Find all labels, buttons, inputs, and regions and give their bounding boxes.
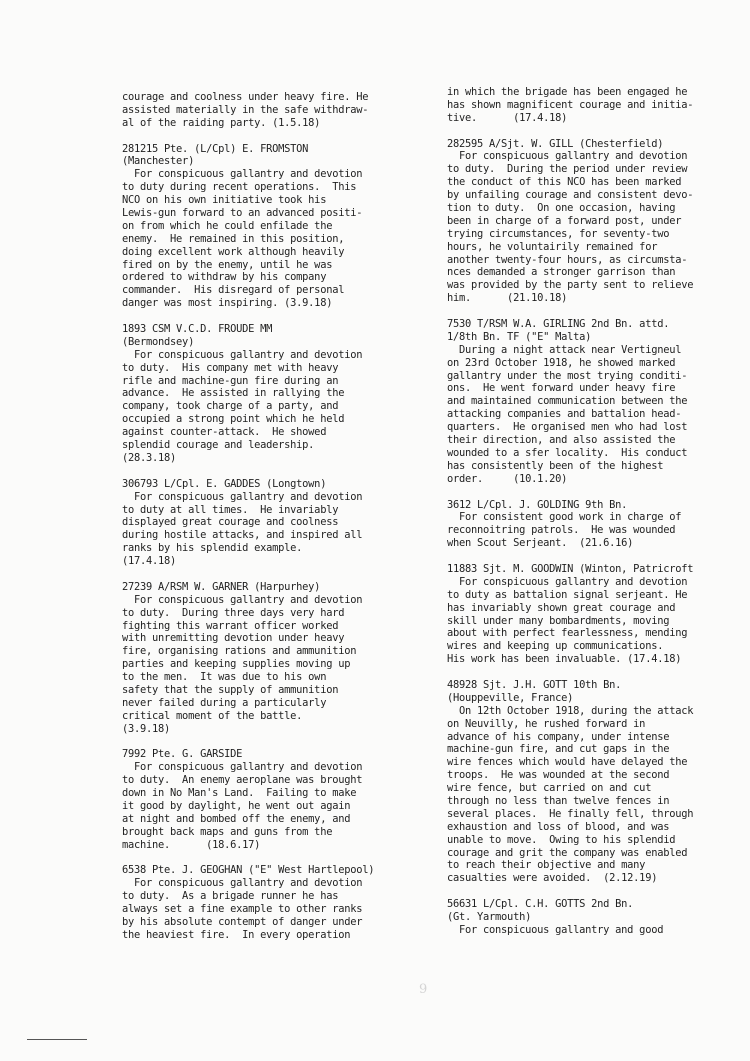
citation-text-line: down in No Man's Land. Failing to make: [122, 787, 422, 800]
citation-text-line: ranks by his splendid example.: [122, 542, 422, 555]
citation-heading: 6538 Pte. J. GEOGHAN ("E" West Hartlepoo…: [122, 864, 422, 877]
citation-text-line: For conspicuous gallantry and devotion: [122, 877, 422, 890]
citation-text-line: company, took charge of a party, and: [122, 400, 422, 413]
citation-text-line: to duty. As a brigade runner he has: [122, 890, 422, 903]
citation-text-line: at night and bombed off the enemy, and: [122, 813, 422, 826]
citation-heading: 282595 A/Sjt. W. GILL (Chesterfield): [447, 138, 747, 151]
citation-heading: 7992 Pte. G. GARSIDE: [122, 748, 422, 761]
citation-text-line: NCO on his own initiative took his: [122, 194, 422, 207]
citation-text-line: For conspicuous gallantry and good: [447, 924, 747, 937]
citation-text-line: critical moment of the battle.: [122, 710, 422, 723]
citation-text-line: to duty. During the period under review: [447, 163, 747, 176]
citation-entry: 7530 T/RSM W.A. GIRLING 2nd Bn. attd.1/8…: [447, 318, 747, 486]
citation-text-line: For conspicuous gallantry and devotion: [122, 761, 422, 774]
citation-text-line: Lewis-gun forward to an advanced positi-: [122, 207, 422, 220]
citation-text-line: advance of his company, under intense: [447, 731, 747, 744]
citation-text-line: was provided by the party sent to reliev…: [447, 279, 747, 292]
citation-text-line: doing excellent work although heavily: [122, 246, 422, 259]
citation-heading: 3612 L/Cpl. J. GOLDING 9th Bn.: [447, 499, 747, 512]
citation-text-line: machine. (18.6.17): [122, 839, 422, 852]
citation-text-line: commander. His disregard of personal: [122, 284, 422, 297]
citation-text-line: in which the brigade has been engaged he: [447, 86, 747, 99]
citation-text-line: on from which he could enfilade the: [122, 220, 422, 233]
citation-heading: 1/8th Bn. TF ("E" Malta): [447, 331, 747, 344]
citation-text-line: fired on by the enemy, until he was: [122, 259, 422, 272]
citation-heading: 306793 L/Cpl. E. GADDES (Longtown): [122, 478, 422, 491]
citation-text-line: to duty. During three days very hard: [122, 607, 422, 620]
citation-entry: 3612 L/Cpl. J. GOLDING 9th Bn. For consi…: [447, 499, 747, 551]
citation-heading: 56631 L/Cpl. C.H. GOTTS 2nd Bn.: [447, 898, 747, 911]
citation-text-line: quarters. He organised men who had lost: [447, 421, 747, 434]
right-column: in which the brigade has been engaged he…: [447, 86, 747, 950]
citation-heading: (Bermondsey): [122, 336, 422, 349]
citation-text-line: by unfailing courage and consistent devo…: [447, 189, 747, 202]
citation-heading: 48928 Sjt. J.H. GOTT 10th Bn.: [447, 679, 747, 692]
citation-text-line: the conduct of this NCO has been marked: [447, 176, 747, 189]
citation-text-line: against counter-attack. He showed: [122, 426, 422, 439]
citation-heading: 11883 Sjt. M. GOODWIN (Winton, Patricrof…: [447, 563, 747, 576]
citation-heading: (Gt. Yarmouth): [447, 911, 747, 924]
citation-text-line: to duty at all times. He invariably: [122, 504, 422, 517]
citation-text-line: skill under many bombardments, moving: [447, 615, 747, 628]
citation-text-line: (3.9.18): [122, 723, 422, 736]
citation-text-line: safety that the supply of ammunition: [122, 684, 422, 697]
citation-text-line: gallantry under the most trying conditi-: [447, 370, 747, 383]
citation-text-line: splendid courage and leadership.: [122, 439, 422, 452]
citation-entry: 11883 Sjt. M. GOODWIN (Winton, Patricrof…: [447, 563, 747, 666]
citation-text-line: to duty as battalion signal serjeant. He: [447, 589, 747, 602]
citation-text-line: attacking companies and battalion head-: [447, 408, 747, 421]
citation-text-line: to duty during recent operations. This: [122, 181, 422, 194]
citation-text-line: tive. (17.4.18): [447, 112, 747, 125]
citation-text-line: through no less than twelve fences in: [447, 795, 747, 808]
citation-text-line: always set a fine example to other ranks: [122, 903, 422, 916]
citation-text-line: assisted materially in the safe withdraw…: [122, 104, 422, 117]
citation-text-line: it good by daylight, he went out again: [122, 800, 422, 813]
citation-text-line: For conspicuous gallantry and devotion: [447, 150, 747, 163]
citation-entry: 1893 CSM V.C.D. FROUDE MM(Bermondsey) Fo…: [122, 323, 422, 465]
citation-heading: 1893 CSM V.C.D. FROUDE MM: [122, 323, 422, 336]
citation-text-line: the heaviest fire. In every operation: [122, 929, 422, 942]
citation-text-line: For conspicuous gallantry and devotion: [122, 168, 422, 181]
citation-text-line: to reach their objective and many: [447, 859, 747, 872]
citation-text-line: enemy. He remained in this position,: [122, 233, 422, 246]
citation-text-line: him. (21.10.18): [447, 292, 747, 305]
citation-text-line: For conspicuous gallantry and devotion: [122, 491, 422, 504]
citation-text-line: displayed great courage and coolness: [122, 516, 422, 529]
citation-text-line: to duty. An enemy aeroplane was brought: [122, 774, 422, 787]
citation-text-line: For conspicuous gallantry and devotion: [447, 576, 747, 589]
citation-entry: 306793 L/Cpl. E. GADDES (Longtown) For c…: [122, 478, 422, 568]
citation-text-line: when Scout Serjeant. (21.6.16): [447, 537, 747, 550]
citation-text-line: to duty. His company met with heavy: [122, 362, 422, 375]
citation-text-line: wire fence, but carried on and cut: [447, 782, 747, 795]
citation-text-line: brought back maps and guns from the: [122, 826, 422, 839]
citation-text-line: has consistently been of the highest: [447, 460, 747, 473]
citation-text-line: On 12th October 1918, during the attack: [447, 705, 747, 718]
citation-heading: (Manchester): [122, 155, 422, 168]
citation-heading: 7530 T/RSM W.A. GIRLING 2nd Bn. attd.: [447, 318, 747, 331]
citation-text-line: parties and keeping supplies moving up: [122, 658, 422, 671]
citation-text-line: troops. He was wounded at the second: [447, 769, 747, 782]
citation-entry: courage and coolness under heavy fire. H…: [122, 91, 422, 130]
citation-entry: 281215 Pte. (L/Cpl) E. FROMSTON(Manchest…: [122, 143, 422, 311]
citation-text-line: never failed during a particularly: [122, 697, 422, 710]
citation-text-line: (28.3.18): [122, 452, 422, 465]
citation-text-line: on 23rd October 1918, he showed marked: [447, 357, 747, 370]
citation-text-line: For conspicuous gallantry and devotion: [122, 349, 422, 362]
citation-text-line: their direction, and also assisted the: [447, 434, 747, 447]
citation-text-line: For conspicuous gallantry and devotion: [122, 594, 422, 607]
citation-text-line: wounded to a sfer locality. His conduct: [447, 447, 747, 460]
citation-text-line: courage and coolness under heavy fire. H…: [122, 91, 422, 104]
citation-text-line: (17.4.18): [122, 555, 422, 568]
citation-text-line: courage and grit the company was enabled: [447, 847, 747, 860]
citation-text-line: order. (10.1.20): [447, 473, 747, 486]
citation-text-line: occupied a strong point which he held: [122, 413, 422, 426]
citation-text-line: ordered to withdraw by his company: [122, 271, 422, 284]
citation-text-line: machine-gun fire, and cut gaps in the: [447, 743, 747, 756]
citation-text-line: to the men. It was due to his own: [122, 671, 422, 684]
citation-text-line: rifle and machine-gun fire during an: [122, 375, 422, 388]
citation-text-line: casualties were avoided. (2.12.19): [447, 872, 747, 885]
footnote-rule: [27, 1039, 87, 1040]
citation-text-line: by his absolute contempt of danger under: [122, 916, 422, 929]
citation-text-line: about with perfect fearlessness, mending: [447, 627, 747, 640]
citation-text-line: has invariably shown great courage and: [447, 602, 747, 615]
citation-text-line: tion to duty. On one occasion, having: [447, 202, 747, 215]
citation-text-line: hours, he voluntairily remained for: [447, 241, 747, 254]
citation-text-line: During a night attack near Vertigneul: [447, 344, 747, 357]
citation-text-line: advance. He assisted in rallying the: [122, 387, 422, 400]
citation-text-line: wire fences which would have delayed the: [447, 756, 747, 769]
citation-text-line: al of the raiding party. (1.5.18): [122, 117, 422, 130]
citation-text-line: ons. He went forward under heavy fire: [447, 382, 747, 395]
citation-heading: 27239 A/RSM W. GARNER (Harpurhey): [122, 581, 422, 594]
citation-text-line: on Neuvilly, he rushed forward in: [447, 718, 747, 731]
citation-text-line: exhaustion and loss of blood, and was: [447, 821, 747, 834]
citation-text-line: with unremitting devotion under heavy: [122, 632, 422, 645]
left-column: courage and coolness under heavy fire. H…: [122, 91, 422, 955]
citation-text-line: reconnoitring patrols. He was wounded: [447, 524, 747, 537]
citation-entry: 6538 Pte. J. GEOGHAN ("E" West Hartlepoo…: [122, 864, 422, 941]
citation-entry: 7992 Pte. G. GARSIDE For conspicuous gal…: [122, 748, 422, 851]
citation-entry: in which the brigade has been engaged he…: [447, 86, 747, 125]
citation-text-line: and maintained communication between the: [447, 395, 747, 408]
citation-text-line: several places. He finally fell, through: [447, 808, 747, 821]
citation-text-line: trying circumstances, for seventy-two: [447, 228, 747, 241]
citation-text-line: For consistent good work in charge of: [447, 511, 747, 524]
citation-entry: 27239 A/RSM W. GARNER (Harpurhey) For co…: [122, 581, 422, 736]
document-page: courage and coolness under heavy fire. H…: [0, 0, 750, 1061]
citation-text-line: wires and keeping up communications.: [447, 640, 747, 653]
citation-text-line: danger was most inspiring. (3.9.18): [122, 297, 422, 310]
citation-text-line: fire, organising rations and ammunition: [122, 645, 422, 658]
citation-entry: 282595 A/Sjt. W. GILL (Chesterfield) For…: [447, 138, 747, 306]
citation-text-line: nces demanded a stronger garrison than: [447, 266, 747, 279]
page-number-mark: 9: [419, 982, 427, 997]
citation-heading: (Houppeville, France): [447, 692, 747, 705]
citation-text-line: has shown magnificent courage and initia…: [447, 99, 747, 112]
citation-entry: 56631 L/Cpl. C.H. GOTTS 2nd Bn.(Gt. Yarm…: [447, 898, 747, 937]
citation-entry: 48928 Sjt. J.H. GOTT 10th Bn.(Houppevill…: [447, 679, 747, 885]
citation-text-line: His work has been invaluable. (17.4.18): [447, 653, 747, 666]
citation-text-line: during hostile attacks, and inspired all: [122, 529, 422, 542]
citation-heading: 281215 Pte. (L/Cpl) E. FROMSTON: [122, 143, 422, 156]
citation-text-line: been in charge of a forward post, under: [447, 215, 747, 228]
citation-text-line: unable to move. Owing to his splendid: [447, 834, 747, 847]
citation-text-line: another twenty-four hours, as circumsta-: [447, 254, 747, 267]
citation-text-line: fighting this warrant officer worked: [122, 620, 422, 633]
